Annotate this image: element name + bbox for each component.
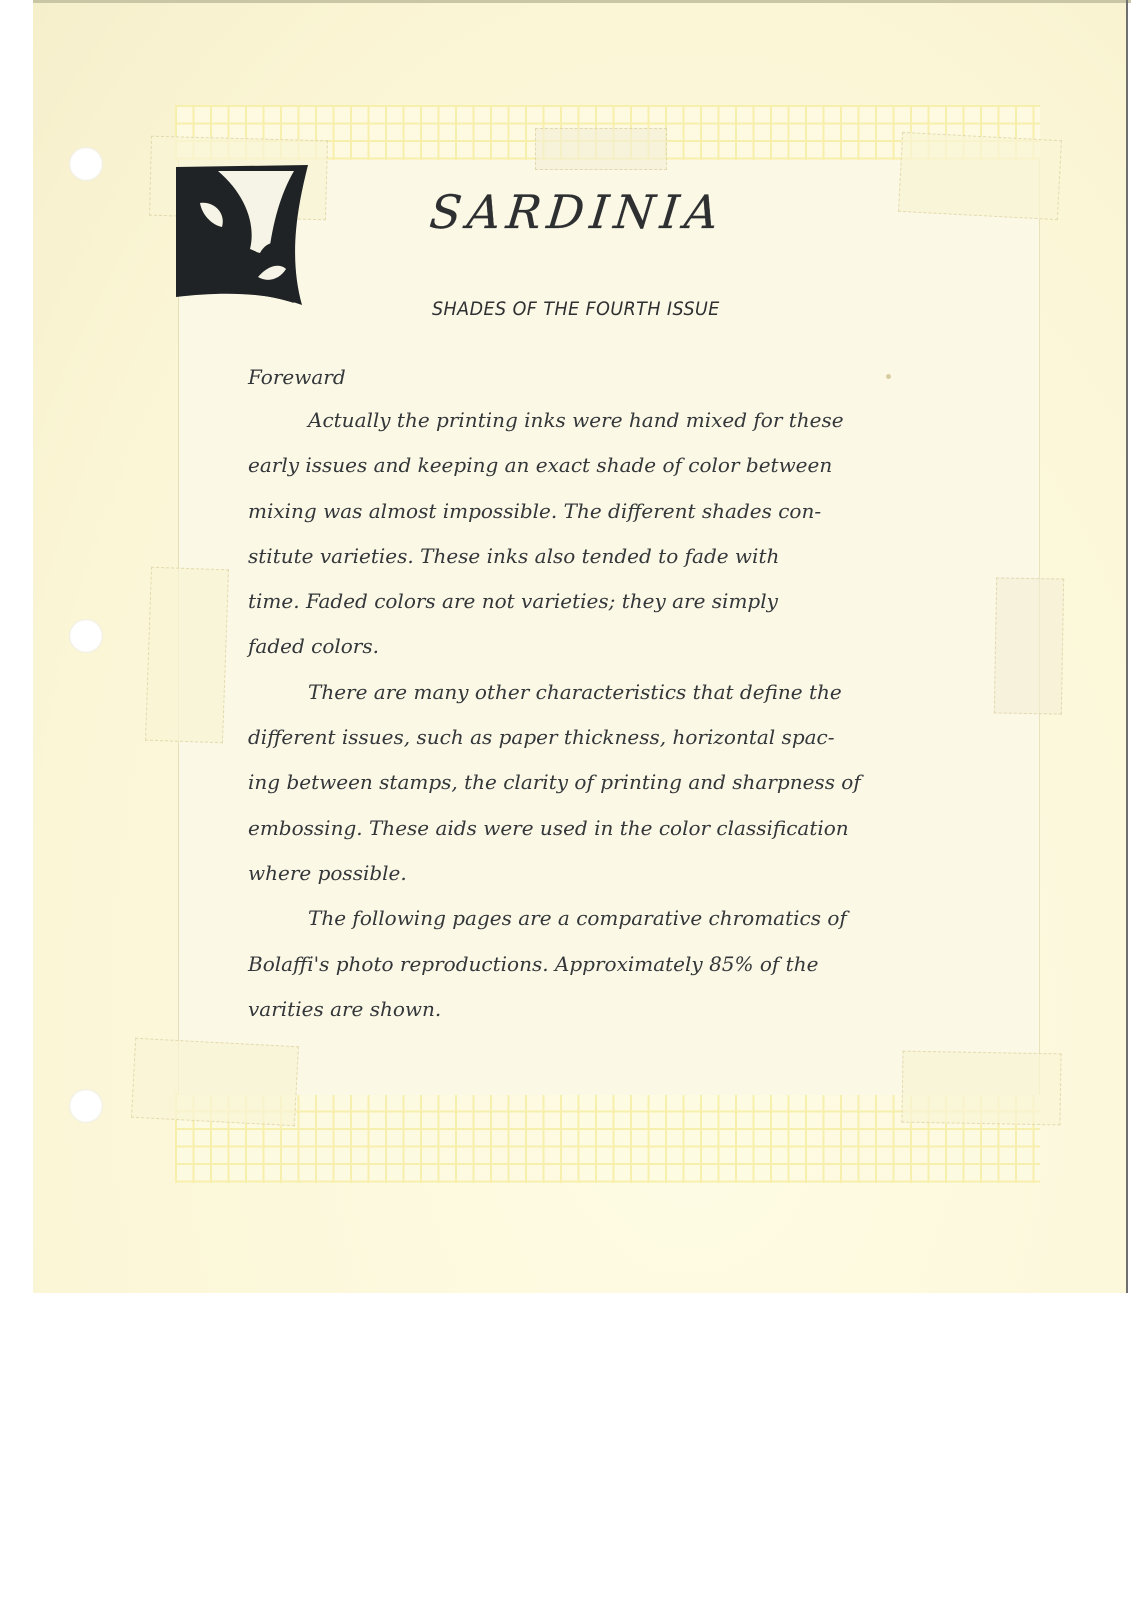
text-line: Actually the printing inks were hand mix… [248,398,988,443]
text-line: varities are shown. [248,987,988,1032]
punch-hole-bottom [69,1089,103,1123]
leaf-ornament-icon [176,165,312,310]
text-line: mixing was almost impossible. The differ… [248,489,988,534]
page-title: SARDINIA [427,185,763,239]
text-line: The following pages are a comparative ch… [248,896,988,941]
tape-top-center [535,128,667,170]
page-right-edge [1126,0,1128,1293]
tape-left-side [145,567,229,744]
text-line: ing between stamps, the clarity of print… [248,760,988,805]
foreword-lines: Actually the printing inks were hand mix… [248,398,988,1032]
text-line: stitute varieties. These inks also tende… [248,534,988,579]
text-line: faded colors. [248,624,988,669]
text-line: where possible. [248,851,988,896]
text-line: early issues and keeping an exact shade … [248,443,988,488]
text-line: embossing. These aids were used in the c… [248,806,988,851]
text-line: different issues, such as paper thicknes… [248,715,988,760]
text-line: Bolaffi's photo reproductions. Approxima… [248,942,988,987]
section-heading: Foreward [248,362,988,392]
page-subtitle: SHADES OF THE FOURTH ISSUE [432,298,745,320]
punch-hole-top [69,147,103,181]
text-line: time. Faded colors are not varieties; th… [248,579,988,624]
text-line: There are many other characteristics tha… [248,670,988,715]
tape-right-side [994,577,1064,714]
tape-bottom-left [131,1038,299,1126]
punch-hole-middle [69,619,103,653]
paper-speck [886,374,891,379]
tape-top-right [898,132,1062,220]
foreword-text: Foreward Actually the printing inks were… [248,362,988,1032]
tape-bottom-right [901,1051,1061,1126]
